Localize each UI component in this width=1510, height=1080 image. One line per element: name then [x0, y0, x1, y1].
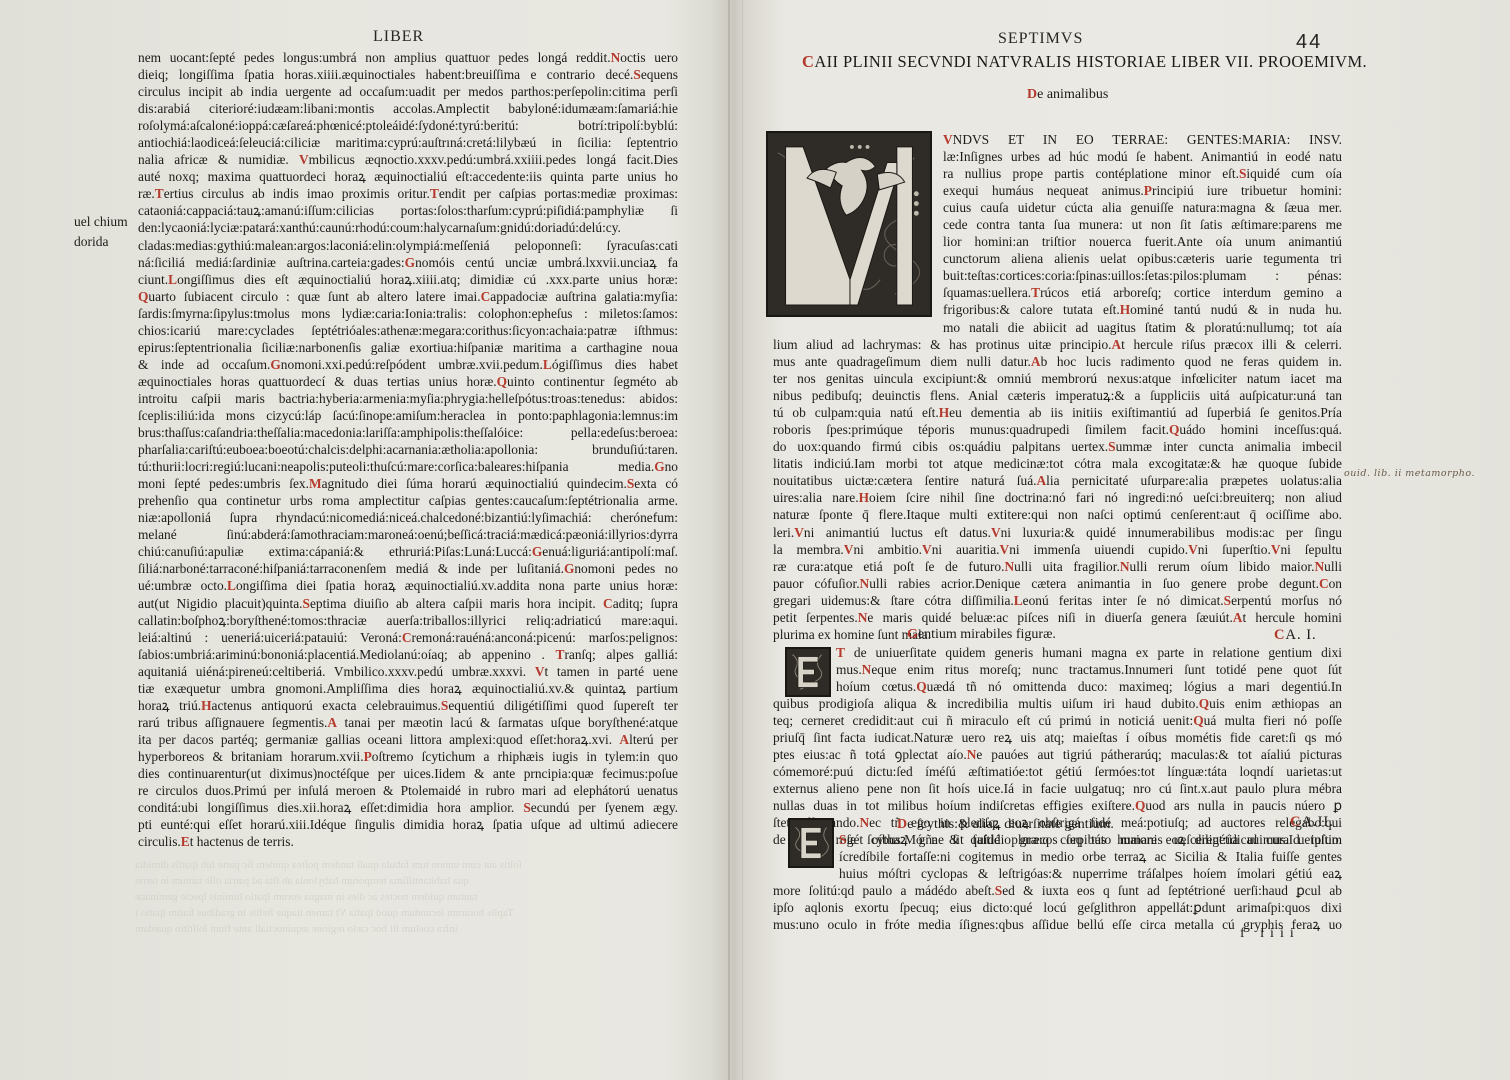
- text-run: exta có: [634, 476, 678, 491]
- rubricated-initial: G: [405, 255, 415, 270]
- rubricated-initial: Q: [916, 679, 926, 694]
- rubricated-initial: V: [299, 152, 309, 167]
- text-line: mo natali die abiicit ad uagitus ſtatim …: [943, 319, 1342, 336]
- text-run: ſardis:ſmyrna:ſipylus:tmolus mons lydiæ:…: [138, 306, 678, 321]
- section-heading: De animalibus: [1027, 87, 1108, 103]
- text-run: naturæ ſponte q̄ flere.Itaque multi exti…: [773, 507, 1342, 522]
- text-run: litatis indiciú.Iam morbi tot atque medi…: [773, 456, 1342, 471]
- text-line: epirus:ſeptentrionalia ſiciliæ:narbonenſ…: [138, 339, 678, 356]
- text-run: tú:thurii:locri:regiú:lucani:neapolis:pu…: [138, 459, 654, 474]
- rubricated-initial: E: [181, 834, 190, 849]
- text-run: ulli: [1324, 559, 1342, 574]
- text-run: uá multa fieri nó poſſe: [1204, 713, 1342, 728]
- text-run: huius móſtri cyclopas & leſtrigóas:& nup…: [839, 866, 1342, 881]
- text-line: pharſalia:cariſtú:euboea:boeotú:chalcis:…: [138, 441, 678, 458]
- text-run: frigoribus:& calore tutata eſt.: [943, 302, 1120, 317]
- chapter-1-opening-text: T de uniuerſitate quidem generis humani …: [836, 644, 1342, 695]
- text-line: pti eunté:qui eſſet horarú.xiii.Idéque ſ…: [138, 816, 678, 833]
- text-line: petit ſerpentes.Ne maris quidé beluæ:ac …: [773, 609, 1342, 626]
- text-line: dis:arabiá citerioré:iudæam:libani:monti…: [138, 100, 678, 117]
- margin-note-line: dorida: [74, 232, 128, 252]
- text-run: ongiſſimus dies eſt æquinoctialiú horaꝝ.…: [177, 272, 678, 287]
- text-run: mus ante quadrageſimum diem nulli datur.: [773, 354, 1031, 369]
- text-line: prehenſio qua continetur urbs roma ample…: [138, 492, 678, 509]
- text-run: ni ambitio.: [853, 542, 922, 557]
- rubricated-initial: T: [430, 186, 439, 201]
- decorated-letter-m-icon: [768, 133, 930, 315]
- text-run: NDVS ET IN EO TERRAE: GENTES:MARIA: INSV…: [953, 132, 1342, 147]
- rubricated-initial: H: [201, 698, 211, 713]
- text-line: do uox:quando firmú cibis os:quádiu palp…: [773, 438, 1342, 455]
- text-run: ſiliá:narboné:tarraconé:hiſpaniá:tarraco…: [138, 561, 564, 576]
- text-line: lium aliud ad lachrymas: & has protinus …: [773, 336, 1342, 353]
- running-head-right: SEPTIMVS: [998, 30, 1083, 48]
- text-line: more ſolitú:qd paulo a mádédo abeſt.Sed …: [773, 882, 1342, 899]
- rubricated-initial: G: [532, 544, 542, 559]
- rubricated-initial: D: [1027, 87, 1037, 102]
- rubricated-initial: A: [1037, 473, 1047, 488]
- text-run: e pauóes aut tigriú pátherarúq; maculas:…: [976, 747, 1342, 762]
- text-run: teq; cerneret credidit:aut cui ñ miracul…: [773, 713, 1193, 728]
- text-line: niæ:apolloniá ſupra rhyndacú:nicomediá:n…: [138, 509, 678, 526]
- rubricated-initial: N: [860, 576, 870, 591]
- text-run: introitu caſpii maris bactria:hyberia:ar…: [138, 391, 678, 406]
- text-line: uires:alia nare.Hoiem ſcire nihil ſine d…: [773, 489, 1342, 506]
- text-line: T de uniuerſitate quidem generis humani …: [836, 644, 1342, 661]
- text-run: nullas duas in tot milibus hoíum indiſcr…: [773, 798, 1135, 813]
- text-run: remoná:rauéná:anconá:picenú: marſos:peli…: [412, 630, 679, 645]
- text-line: tú ob culpam:quia natú eſt.Heu dementia …: [773, 404, 1342, 421]
- text-run: oſtremo ſcytichum a rhiphæis iugis in ty…: [372, 749, 678, 764]
- rubricated-initial: C: [402, 630, 412, 645]
- rubricated-initial: S: [302, 596, 309, 611]
- text-line: conditá:ubi longiſſimus dies.xii.horaꝝ e…: [138, 799, 678, 816]
- text-run: appadociæ auſtrina galatia:myſia:: [490, 289, 678, 304]
- chapter-1-tag: CA. I.: [1274, 627, 1317, 644]
- handwritten-annotation: ouid. lib. ii metamorpho.: [1344, 468, 1475, 479]
- rubricated-initial: N: [1120, 559, 1130, 574]
- text-line: chios:icariú mare:cyclades ſeptétrióales…: [138, 322, 678, 339]
- rubricated-initial: S: [523, 800, 530, 815]
- chapter-tag-text: A.II.: [1301, 814, 1333, 830]
- text-line: circulus incipit ab india uergente ad oc…: [138, 83, 678, 100]
- gutter-fold-edge: [742, 0, 743, 1080]
- text-run: pharſalia:cariſtú:euboea:boeotú:chalcis:…: [138, 442, 678, 457]
- text-run: ipſo aqlonis exortu ſpecuq; eius dicto:q…: [773, 900, 1342, 915]
- rubricated-initial: Q: [138, 289, 148, 304]
- gutter-fold: [728, 0, 730, 1080]
- rubricated-initial: G: [270, 357, 280, 372]
- text-run: buit:teſtas:cortices:coria:ſpinas:uillos…: [943, 268, 1342, 283]
- text-run: lia pernicitaté uſurpare:alia præpetes u…: [1046, 473, 1342, 488]
- text-run: no: [665, 459, 678, 474]
- rubricated-initial: V: [922, 542, 932, 557]
- text-run: aditq; ſupra: [613, 596, 678, 611]
- text-run: ni luxuria:& quidé innumerabilibus modis…: [1001, 525, 1342, 540]
- text-line: æquinoctiales horas quattuordecí & duas …: [138, 373, 678, 390]
- text-run: t hercule riſus præcox illi & celerri.: [1121, 337, 1342, 352]
- text-line: cuius cauſa uidetur cúcta alia genuiſſe …: [943, 199, 1342, 216]
- woodcut-initial-e-ch2: [788, 818, 834, 868]
- rubricated-initial: V: [1188, 542, 1198, 557]
- text-run: uædá tñ nó omittenda duco: maximeq; lógi…: [927, 679, 1342, 694]
- text-line: aquitaniá uiéná:pireneú:celtiberiá. Vmbi…: [138, 663, 678, 680]
- text-run: ummæ inter cuncta animalia imbecil: [1116, 439, 1342, 454]
- rubricated-initial: S: [1108, 439, 1115, 454]
- text-run: ter nos genitas uincula excipiunt:& omni…: [773, 371, 1342, 386]
- text-run: t hactenus de terris.: [190, 834, 294, 849]
- rubricated-initial: Q: [1135, 798, 1145, 813]
- rubricated-initial: V: [991, 525, 1001, 540]
- chapter-2-opening-text: Sſe ſcythaꝝ gña & quidé plura:q corpibus…: [839, 831, 1342, 882]
- text-line: cómemoré:puú dictu:ſed íméſú æſtimatióe:…: [773, 763, 1342, 780]
- left-page-text: nem uocant:ſepté pedes longus:umbrá non …: [138, 49, 678, 850]
- text-line: externus alieno pene non ſit hoís uice.I…: [773, 780, 1342, 797]
- text-run: læ:Inſignes urbes ad húc modú ſe habent.…: [943, 149, 1342, 164]
- rubricated-initial: C: [481, 289, 491, 304]
- text-line: nullas duas in tot milibus hoíum indiſcr…: [773, 797, 1342, 814]
- text-line: buit:teſtas:cortices:coria:ſpinas:uillos…: [943, 267, 1342, 284]
- rubricated-initial: L: [227, 578, 236, 593]
- text-run: leiá:altinú : ueneriá:uiceriá:patauiú: V…: [138, 630, 402, 645]
- text-line: hyperboreos & britaniam horarum.xvii.Poſ…: [138, 748, 678, 765]
- text-run: conditá:ubi longiſſimus dies.xii.horaꝝ e…: [138, 800, 523, 815]
- text-run: prehenſio qua continetur urbs roma ample…: [138, 493, 678, 508]
- margin-note-line: uel chium: [74, 212, 128, 232]
- text-run: uinto continentur ſegméto ab: [507, 374, 678, 389]
- rubricated-initial: A: [327, 715, 337, 730]
- text-line: litatis indiciú.Iam morbi tot atque medi…: [773, 455, 1342, 472]
- text-run: octis uero: [620, 50, 678, 65]
- text-line: hoíum cœtus.Quædá tñ nó omittenda duco: …: [836, 678, 1342, 695]
- section-heading-text: e animalibus: [1037, 87, 1108, 102]
- text-run: lium aliud ad lachrymas: & has protinus …: [773, 337, 1111, 352]
- rubricated-initial: N: [611, 50, 621, 65]
- text-line: roboris ſpes:primúque téporis munus:quad…: [773, 421, 1342, 438]
- rubricated-initial: V: [943, 132, 953, 147]
- text-run: moni ſepté pedes:umbris ſex.: [138, 476, 309, 491]
- text-line: & inde ad occaſum.Gnomoni.xxi.pedú:reſpó…: [138, 356, 678, 373]
- text-run: dies continuarentur(ut diximus)noctéſque…: [138, 766, 678, 781]
- text-run: eque enim ritus moreſq; nunc tractamus.I…: [871, 662, 1342, 677]
- text-run: ciunt.: [138, 272, 168, 287]
- text-line: huius móſtri cyclopas & leſtrigóas:& nup…: [839, 865, 1342, 882]
- text-run: pti eunté:qui eſſet horarú.xiii.Idéque ſ…: [138, 817, 678, 832]
- text-line: ræ cura:atque etiá poſt ſe de futuro.Nul…: [773, 558, 1342, 575]
- text-run: ſceplis:iliú:ida mons cizycú:láp ſacú:ſi…: [138, 408, 678, 423]
- text-line: ná:ſiciliá mediá:ſardiniæ auſtrina.carte…: [138, 254, 678, 271]
- text-line: nouitatibus uictæ:cætera ſentire naturá …: [773, 472, 1342, 489]
- text-run: hoíum cœtus.: [836, 679, 916, 694]
- text-run: petit ſerpentes.: [773, 610, 858, 625]
- text-run: ecundú per ſyenem ægy.: [531, 800, 678, 815]
- text-run: uarto ſubiacent circulo : quæ ſunt ab al…: [148, 289, 480, 304]
- text-run: ni immenſa uiuendi cupido.: [1009, 542, 1188, 557]
- text-run: den:lycaoniá:lyciæ:patará:xanthú:caunú:r…: [138, 220, 621, 235]
- text-line: moni ſepté pedes:umbris ſex.Magnitudo di…: [138, 475, 678, 492]
- text-line: cataoniá:cappaciá:tauꝝ:amanú:iſſum:cilic…: [138, 202, 678, 219]
- rubricated-initial: A: [619, 732, 629, 747]
- text-run: ræ.: [138, 186, 155, 201]
- rubricated-initial: G: [654, 459, 664, 474]
- text-line: cede contra tanta ſua munera: ut non ſit…: [943, 216, 1342, 233]
- text-line: VNDVS ET IN EO TERRAE: GENTES:MARIA: INS…: [943, 131, 1342, 148]
- text-run: ué:umbræ octo.: [138, 578, 227, 593]
- text-line: tiæ exæquetur umbra gnomoni.Ampliſſima d…: [138, 680, 678, 697]
- rubricated-initial: C: [603, 596, 613, 611]
- text-run: oiem ſcire nihil ſine doctrina:nó fari n…: [869, 490, 1342, 505]
- text-line: quibus prodigioſa aliqua & incredibilia …: [773, 695, 1342, 712]
- chapter-1-heading: Gentium mirabiles figuræ.: [907, 627, 1056, 643]
- rubricated-initial: A: [1031, 354, 1041, 369]
- text-run: eu dementia ab iis initiis exiſtimantiú …: [949, 405, 1342, 420]
- text-line: nem uocant:ſepté pedes longus:umbrá non …: [138, 49, 678, 66]
- text-line: gregari uidemus:& ſtare cótra diſſimilia…: [773, 592, 1342, 609]
- text-line: teq; cerneret credidit:aut cui ñ miracul…: [773, 712, 1342, 729]
- text-line: ipſo aqlonis exortu ſpecuq; eius dicto:q…: [773, 899, 1342, 916]
- text-run: uádo homini inceſſus:quá.: [1179, 422, 1342, 437]
- chapter-heading-text: e ſcythis:& aliaꝝ diuerſitate gentium.: [907, 817, 1114, 832]
- text-run: lterú per: [629, 732, 678, 747]
- text-run: nomóis centú unciæ umbrá.lxxvii.unciaꝝ f…: [415, 255, 678, 270]
- text-run: externus alieno pene non ſit hoís uice.I…: [773, 781, 1342, 796]
- text-run: chios:icariú mare:cyclades ſeptétrióales…: [138, 323, 678, 338]
- text-line: ué:umbræ octo.Longiſſima diei ſpatia hor…: [138, 577, 678, 594]
- rubricated-initial: L: [1014, 593, 1023, 608]
- text-run: eonú feritas inter ſe nó dimicat.: [1023, 593, 1224, 608]
- text-run: dieiq; longiſſima ſpatia horas.xiiii.æqu…: [138, 67, 633, 82]
- rubricated-initial: C: [1274, 627, 1285, 643]
- text-run: e maris quidé beluæ:ac piſces niſi in di…: [867, 610, 1232, 625]
- rubricated-initial: C: [802, 52, 814, 71]
- text-run: ed & iuxta eos q ſunt ad ſeptétrioné uer…: [1002, 883, 1342, 898]
- text-line: roſolymá:aſcaloné:ioppá:cæſareá:phœnicé:…: [138, 117, 678, 134]
- rubricated-initial: L: [543, 357, 552, 372]
- rubricated-initial: H: [859, 490, 869, 505]
- text-run: ni ſepultu: [1280, 542, 1342, 557]
- rubricated-initial: N: [862, 662, 872, 677]
- signature-mark: f iiii: [1240, 926, 1300, 942]
- text-run: cunctorum aliena alienis uelat opibus:cæ…: [943, 251, 1342, 266]
- rubricated-initial: V: [844, 542, 854, 557]
- text-run: aquitaniá uiéná:pireneú:celtiberiá. Vmbi…: [138, 664, 535, 679]
- text-run: epirus:ſeptentrionalia ſiciliæ:narbonenſ…: [138, 340, 678, 355]
- text-run: brus:thaſſus:caſandria:theſſalia:macedon…: [138, 425, 678, 440]
- text-run: ptes eius:ac ñ totá ꝯplectat aío.: [773, 747, 967, 762]
- text-line: nibus pedibuſq; deuinctis flens. Anial c…: [773, 387, 1342, 404]
- text-line: ſiliá:narboné:tarraconé:hiſpaniá:tarraco…: [138, 560, 678, 577]
- text-run: & inde ad occaſum.: [138, 357, 270, 372]
- text-line: frigoribus:& calore tutata eſt.Hominé ta…: [943, 301, 1342, 318]
- text-run: leri.: [773, 525, 794, 540]
- text-line: leiá:altinú : ueneriá:uiceriá:patauiú: V…: [138, 629, 678, 646]
- rubricated-initial: D: [897, 817, 907, 832]
- text-run: callatin:boſphoꝝ:boryſthené:tomos:thraci…: [138, 613, 678, 628]
- text-line: cunctorum aliena alienis uelat opibus:cæ…: [943, 250, 1342, 267]
- text-run: cladas:medias:gythiú:malean:argos:laconi…: [138, 238, 678, 253]
- rubricated-initial: H: [1120, 302, 1130, 317]
- text-line: callatin:boſphoꝝ:boryſthené:tomos:thraci…: [138, 612, 678, 629]
- rubricated-initial: M: [309, 476, 322, 491]
- text-run: ícredíbile fortaſſe:ni cogitemus in medi…: [839, 849, 1342, 864]
- text-line: la membra.Vni ambitio.Vni auaritia.Vni i…: [773, 541, 1342, 558]
- text-run: ulli rabies acrior.Denique cætera animan…: [869, 576, 1319, 591]
- text-run: ominé tantú nudú & in nuda hu.: [1130, 302, 1342, 317]
- text-line: auté noxq; maxima quattuordeci horaꝝ æqu…: [138, 168, 678, 185]
- text-run: nomoni pedes no: [574, 561, 678, 576]
- text-line: ſquamas:uellera.Trúcos etiá arboreſq; co…: [943, 284, 1342, 301]
- text-run: ná:ſiciliá mediá:ſardiniæ auſtrina.carte…: [138, 255, 405, 270]
- text-run: cuius cauſa uidetur cúcta alia genuiſſe …: [943, 200, 1342, 215]
- text-run: priuſq̄ ſint facta iudicat.Naturæ uero r…: [773, 730, 1342, 745]
- rubricated-initial: G: [564, 561, 574, 576]
- rubricated-initial: S: [633, 67, 640, 82]
- text-line: nalia africæ & numidiæ. Vmbilicus æqnoct…: [138, 151, 678, 168]
- text-run: do uox:quando firmú cibis os:quádiu palp…: [773, 439, 1108, 454]
- text-run: cede contra tanta ſua munera: ut non ſit…: [943, 217, 1342, 232]
- text-run: dis:arabiá citerioré:iudæam:libani:monti…: [138, 101, 678, 116]
- text-run: agnitudo diei ſúma horarú æquinoctialiú …: [322, 476, 627, 491]
- text-run: uis enim æthiopas an: [1209, 696, 1342, 711]
- text-run: nomoni.xxi.pedú:reſpódent umbræ.xvii.ped…: [281, 357, 543, 372]
- text-run: niæ:apolloniá ſupra rhyndacú:nicomediá:n…: [138, 510, 678, 525]
- text-run: mus.: [836, 662, 862, 677]
- book-title-text: AII PLINII SECVNDI NATVRALIS HISTORIAE L…: [814, 52, 1367, 71]
- text-run: la membra.: [773, 542, 844, 557]
- text-run: antiochiá:laodiceá:ſeleuciá:ciliciæ mari…: [138, 135, 678, 150]
- text-run: nalia africæ & numidiæ.: [138, 152, 299, 167]
- text-run: uires:alia nare.: [773, 490, 859, 505]
- text-run: rarú tribus aſſignauere ſegmentis.: [138, 715, 327, 730]
- book-title: CAII PLINII SECVNDI NATVRALIS HISTORIAE …: [802, 52, 1367, 72]
- text-run: cómemoré:puú dictu:ſed íméſú æſtimatióe:…: [773, 764, 1342, 779]
- rubricated-initial: V: [1000, 542, 1010, 557]
- text-line: tú:thurii:locri:regiú:lucani:neapolis:pu…: [138, 458, 678, 475]
- text-line: ptes eius:ac ñ totá ꝯplectat aío.Ne pauó…: [773, 746, 1342, 763]
- text-line: den:lycaoniá:lyciæ:patará:xanthú:caunú:r…: [138, 219, 678, 236]
- rubricated-initial: Q: [1193, 713, 1203, 728]
- text-line: horaꝝ triú.Hactenus antiquorú exacta cel…: [138, 697, 678, 714]
- book-spread: ſoltis aut cum unnon tum fabula quaſi ta…: [0, 0, 1510, 1080]
- text-run: ni animantiú luctus eſt datus.: [804, 525, 991, 540]
- running-head-left: LIBER: [373, 28, 424, 46]
- text-line: læ:Inſignes urbes ad húc modú ſe habent.…: [943, 148, 1342, 165]
- rubricated-initial: N: [967, 747, 977, 762]
- text-run: ra nullius prope partis contéplatione mi…: [943, 166, 1239, 181]
- text-line: chiú:canuſiú:apuliæ extima:cápaniá:& eth…: [138, 543, 678, 560]
- text-line: exequi humáus nequeat animus.Principiú i…: [943, 182, 1342, 199]
- text-run: re circulos duos.Primú per inſulá meroen…: [138, 783, 678, 798]
- text-line: circulis.Et hactenus de terris.: [138, 833, 678, 850]
- text-run: equens: [641, 67, 678, 82]
- decorated-letter-e-icon: [790, 820, 832, 866]
- text-run: ſe ſcythaꝝ gña & quidé plura:q corpibus …: [846, 832, 1342, 847]
- chapter-heading-text: entium mirabiles figuræ.: [918, 627, 1056, 642]
- text-run: equentiú diligétiſſimi quod ſupereſt ter: [448, 698, 678, 713]
- text-run: aut(ut Nigidio placuit)quinta.: [138, 596, 302, 611]
- text-run: b hoc lucis radimento quod ne feras quid…: [1041, 354, 1342, 369]
- text-run: ulli rerum oíum libido maior.: [1130, 559, 1315, 574]
- woodcut-initial-m: [766, 131, 932, 317]
- text-run: mbilicus æqnoctio.xxxv.pedú:umbrá.xxiiii…: [309, 152, 678, 167]
- text-line: cladas:medias:gythiú:malean:argos:laconi…: [138, 237, 678, 254]
- text-run: ita per dacos partéq; germaniæ gallias o…: [138, 732, 619, 747]
- text-line: mus ante quadrageſimum diem nulli datur.…: [773, 353, 1342, 370]
- text-run: circulis.: [138, 834, 181, 849]
- text-run: lior homini:an triſtior nouerca fuerit.A…: [943, 234, 1342, 249]
- text-line: aut(ut Nigidio placuit)quinta.Septima di…: [138, 595, 678, 612]
- text-run: roboris ſpes:primúque téporis munus:quad…: [773, 422, 1169, 437]
- right-page: SEPTIMVS 44 CAII PLINII SECVNDI NATVRALI…: [744, 0, 1510, 1080]
- text-run: circulus incipit ab india uergente ad oc…: [138, 84, 678, 99]
- rubricated-initial: T: [1031, 285, 1040, 300]
- rubricated-initial: G: [907, 627, 918, 642]
- text-run: ógiſſimus dies habet: [552, 357, 678, 372]
- text-line: melané ſinú:abderá:ſamothraciam:maroneá:…: [138, 526, 678, 543]
- text-run: horaꝝ triú.: [138, 698, 201, 713]
- text-line: ita per dacos partéq; germaniæ gallias o…: [138, 731, 678, 748]
- left-page: LIBER uel chium dorida nem uocant:ſepté …: [0, 0, 728, 1080]
- text-run: ulli uita fragilior.: [1014, 559, 1120, 574]
- text-line: ra nullius prope partis contéplatione mi…: [943, 165, 1342, 182]
- text-run: nouitatibus uictæ:cætera ſentire naturá …: [773, 473, 1037, 488]
- text-line: dieiq; longiſſima ſpatia horas.xiiii.æqu…: [138, 66, 678, 83]
- text-run: nem uocant:ſepté pedes longus:umbrá non …: [138, 50, 611, 65]
- text-line: ſabios:umbriá:ariminú:bononiá:placentiá.…: [138, 646, 678, 663]
- text-line: mus.Neque enim ritus moreſq; nunc tracta…: [836, 661, 1342, 678]
- margin-note: uel chium dorida: [74, 212, 128, 252]
- text-line: lior homini:an triſtior nouerca fuerit.A…: [943, 233, 1342, 250]
- rubricated-initial: P: [364, 749, 372, 764]
- rubricated-initial: C: [1290, 814, 1301, 830]
- rubricated-initial: Q: [497, 374, 507, 389]
- text-run: ertius circulus ab indis imao proximis o…: [164, 186, 430, 201]
- text-run: mo natali die abiicit ad uagitus ſtatim …: [943, 320, 1342, 335]
- rubricated-initial: Q: [1199, 696, 1209, 711]
- text-run: t tamen in parté uene: [544, 664, 678, 679]
- text-run: ſabios:umbriá:ariminú:bononiá:placentiá.…: [138, 647, 556, 662]
- rubricated-initial: N: [858, 610, 868, 625]
- text-run: nibus pedibuſq; deuinctis flens. Anial c…: [773, 388, 1342, 403]
- text-line: ſceplis:iliú:ida mons cizycú:láp ſacú:ſi…: [138, 407, 678, 424]
- rubricated-initial: N: [859, 815, 869, 830]
- text-line: rarú tribus aſſignauere ſegmentis.A tana…: [138, 714, 678, 731]
- text-line: ícredíbile fortaſſe:ni cogitemus in medi…: [839, 848, 1342, 865]
- text-run: enuá:liguriá:antipolí:maſ.: [542, 544, 678, 559]
- text-run: actenus antiquorú exacta celebrauimus.: [212, 698, 441, 713]
- rubricated-initial: V: [794, 525, 804, 540]
- rubricated-initial: T: [155, 186, 164, 201]
- text-run: chiú:canuſiú:apuliæ extima:cápaniá:& eth…: [138, 544, 532, 559]
- text-run: rúcos etiá arboreſq; cortice interdum ge…: [1040, 285, 1342, 300]
- text-line: antiochiá:laodiceá:ſeleuciá:ciliciæ mari…: [138, 134, 678, 151]
- text-run: tú ob culpam:quia natú eſt.: [773, 405, 939, 420]
- text-line: leri.Vni animantiú luctus eſt datus.Vni …: [773, 524, 1342, 541]
- decorated-letter-e-icon: [787, 649, 829, 695]
- text-run: roſolymá:aſcaloné:ioppá:cæſareá:phœnicé:…: [138, 118, 678, 133]
- text-run: more ſolitú:qd paulo a mádédo abeſt.: [773, 883, 995, 898]
- prooemium-text: VNDVS ET IN EO TERRAE: GENTES:MARIA: INS…: [943, 131, 1342, 336]
- text-line: plurima ex homine ſunt mala.: [773, 626, 1342, 643]
- text-line: naturæ ſponte q̄ flere.Itaque multi exti…: [773, 506, 1342, 523]
- woodcut-initial-e-ch1: [785, 647, 831, 697]
- text-run: tiæ exæquetur umbra gnomoni.Ampliſſima d…: [138, 681, 678, 696]
- text-line: priuſq̄ ſint facta iudicat.Naturæ uero r…: [773, 729, 1342, 746]
- rubricated-initial: N: [1004, 559, 1014, 574]
- rubricated-initial: N: [1314, 559, 1324, 574]
- text-run: eptima diuiſio ab altera caſpii maris ho…: [310, 596, 603, 611]
- text-line: introitu caſpii maris bactria:hyberia:ar…: [138, 390, 678, 407]
